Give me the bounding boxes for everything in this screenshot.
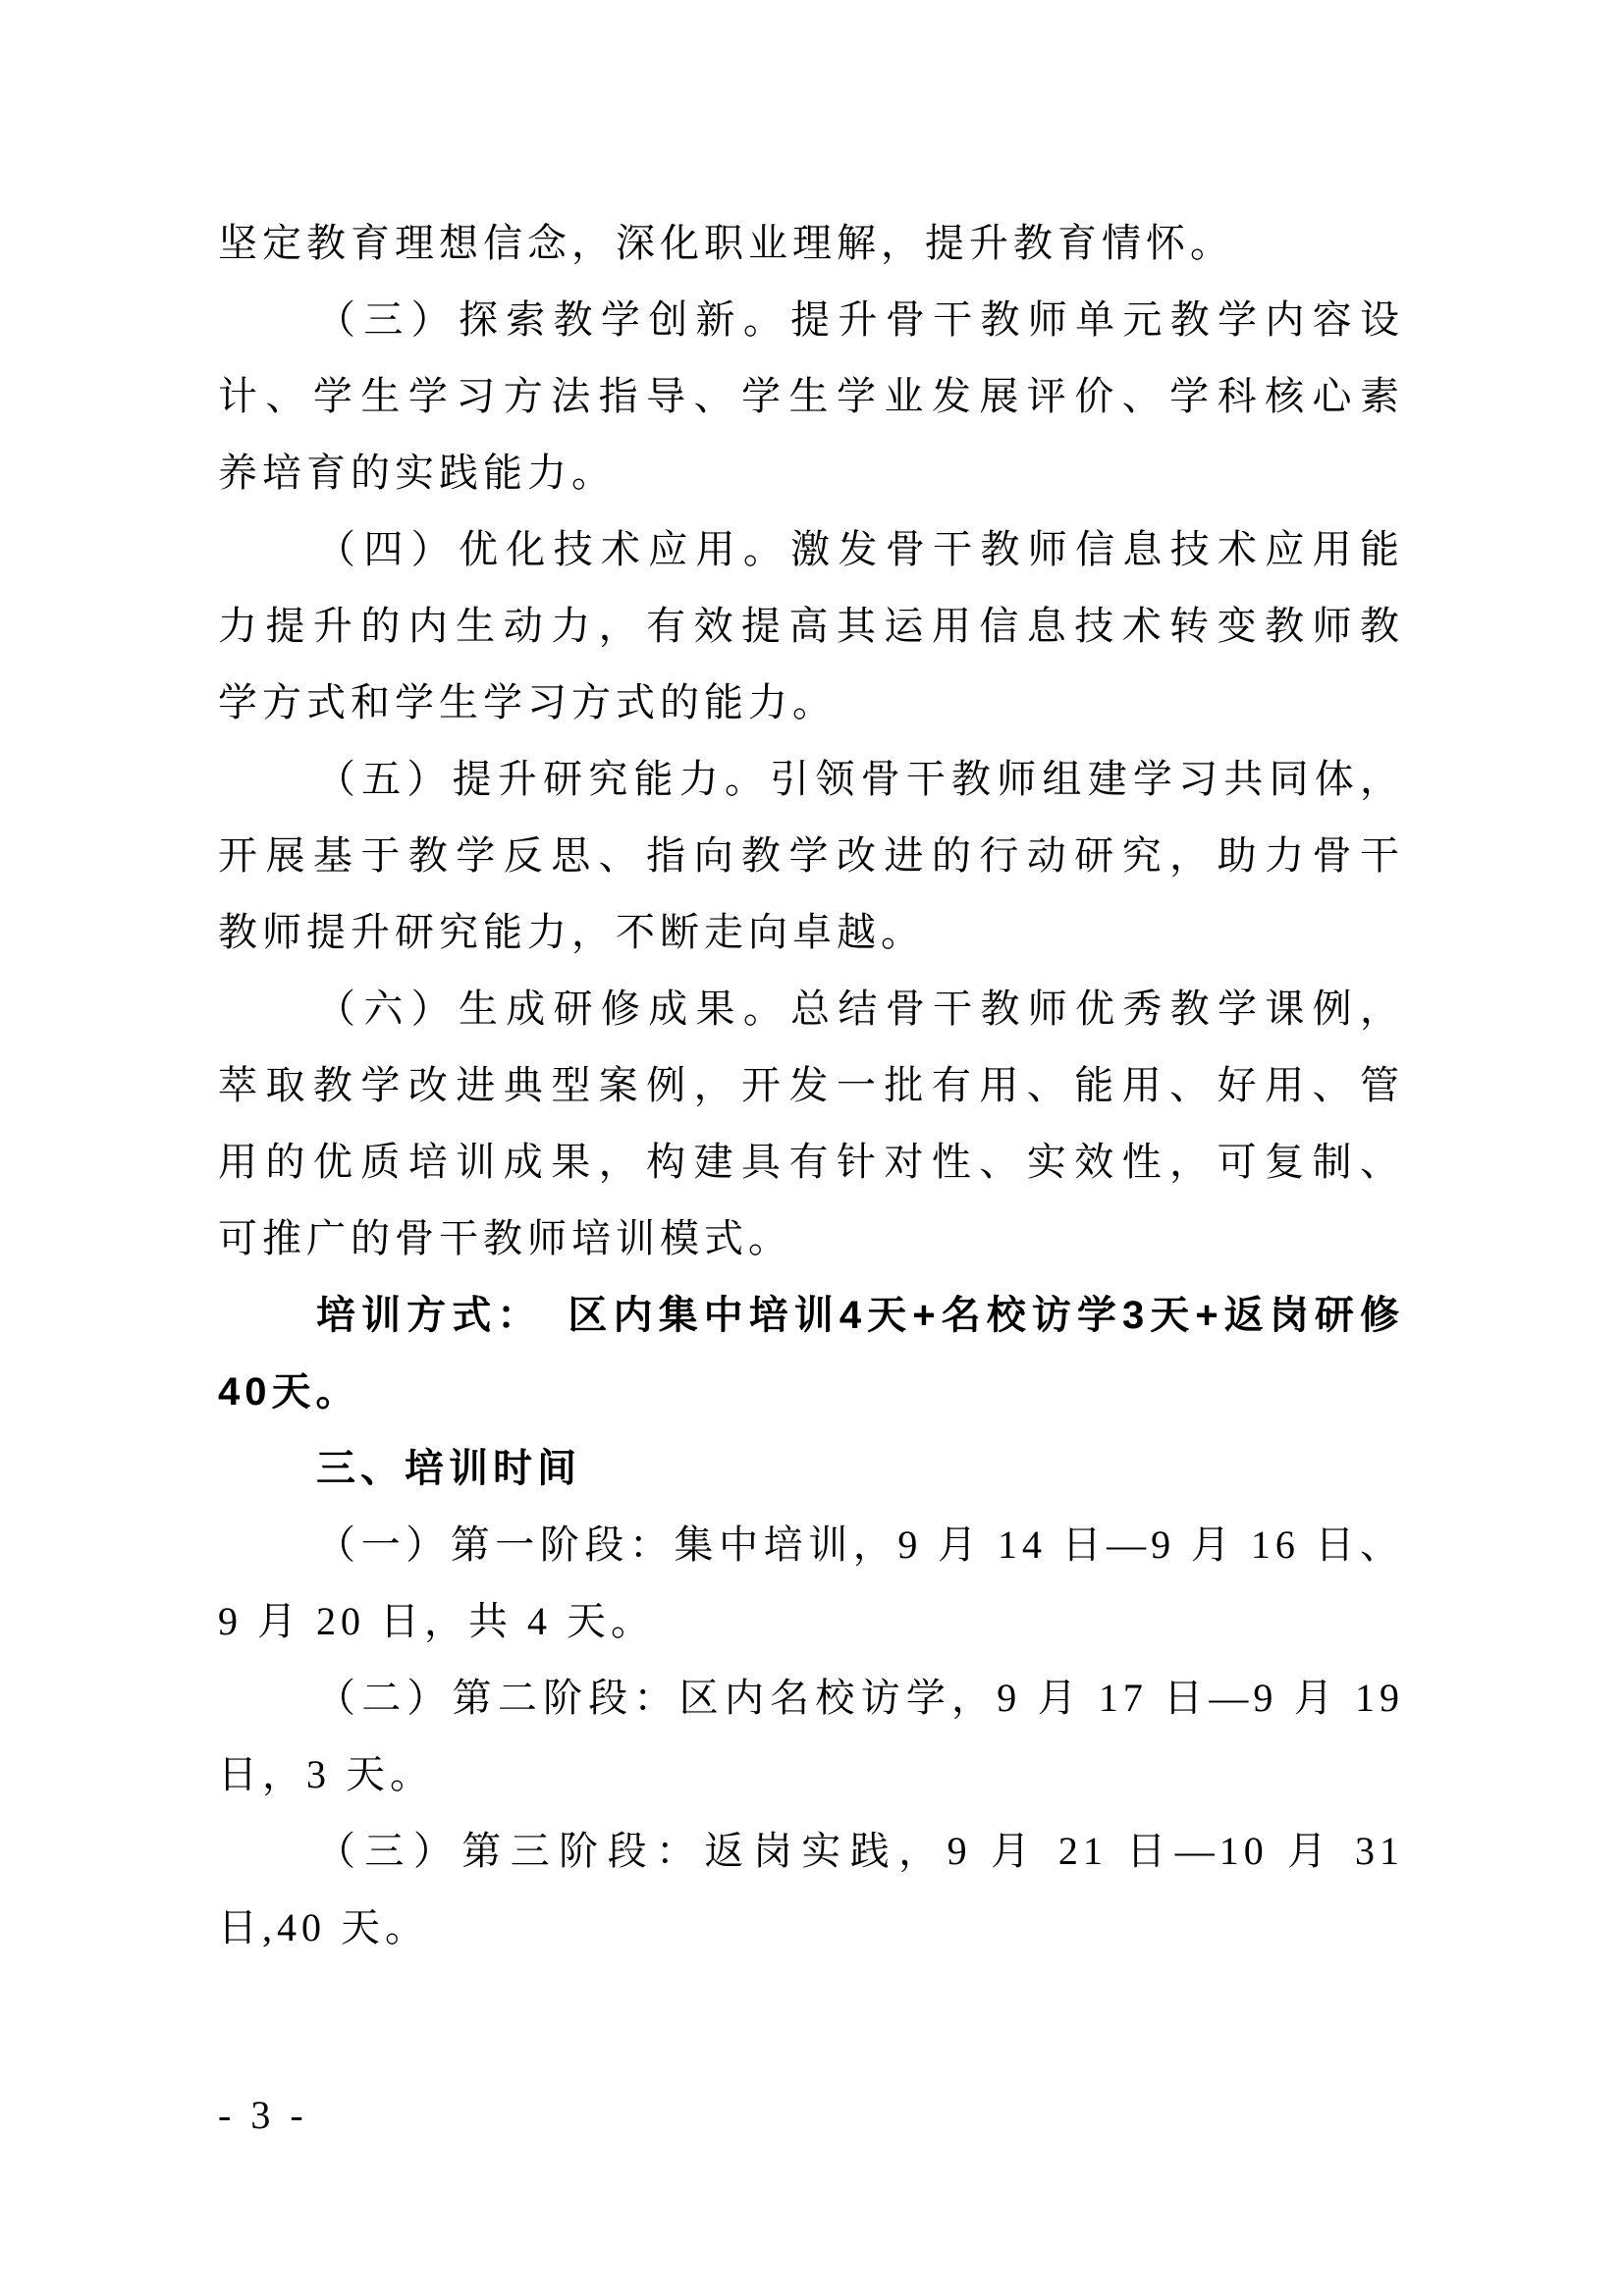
text-line-19: 9 月 20 日，共 4 天。	[218, 1583, 1404, 1660]
text-line-21: 日，3 天。	[218, 1736, 1404, 1813]
text-line-23: 日,40 天。	[218, 1890, 1404, 1966]
text-line-18: （一）第一阶段：集中培训，9 月 14 日—9 月 16 日、	[218, 1507, 1404, 1583]
document-body: 坚定教育理想信念，深化职业理解，提升教育情怀。（三）探索教学创新。提升骨干教师单…	[218, 205, 1404, 1966]
text-line-22: （三）第三阶段：返岗实践，9 月 21 日—10 月 31	[218, 1813, 1404, 1890]
text-line-3: 计、学生学习方法指导、学生学业发展评价、学科核心素	[218, 358, 1404, 435]
text-line-7: 学方式和学生学习方式的能力。	[218, 665, 1404, 741]
text-line-11: （六）生成研修成果。总结骨干教师优秀教学课例，	[218, 971, 1404, 1047]
text-line-10: 教师提升研究能力，不断走向卓越。	[218, 894, 1404, 971]
document-page: 坚定教育理想信念，深化职业理解，提升教育情怀。（三）探索教学创新。提升骨干教师单…	[0, 0, 1624, 2296]
text-line-15: 培训方式： 区内集中培训4天+名校访学3天+返岗研修	[218, 1277, 1404, 1354]
text-line-6: 力提升的内生动力，有效提高其运用信息技术转变教师教	[218, 588, 1404, 665]
text-line-9: 开展基于教学反思、指向教学改进的行动研究，助力骨干	[218, 818, 1404, 894]
text-line-13: 用的优质培训成果，构建具有针对性、实效性，可复制、	[218, 1124, 1404, 1201]
text-line-1: 坚定教育理想信念，深化职业理解，提升教育情怀。	[218, 205, 1404, 282]
text-line-12: 萃取教学改进典型案例，开发一批有用、能用、好用、管	[218, 1047, 1404, 1124]
text-line-20: （二）第二阶段：区内名校访学，9 月 17 日—9 月 19	[218, 1660, 1404, 1736]
text-line-2: （三）探索教学创新。提升骨干教师单元教学内容设	[218, 282, 1404, 358]
text-line-4: 养培育的实践能力。	[218, 435, 1404, 511]
page-number: - 3 -	[218, 2091, 308, 2140]
text-line-16: 40天。	[218, 1354, 1404, 1430]
text-line-14: 可推广的骨干教师培训模式。	[218, 1201, 1404, 1277]
text-line-8: （五）提升研究能力。引领骨干教师组建学习共同体，	[218, 741, 1404, 818]
text-line-5: （四）优化技术应用。激发骨干教师信息技术应用能	[218, 511, 1404, 588]
text-line-17: 三、培训时间	[218, 1430, 1404, 1507]
